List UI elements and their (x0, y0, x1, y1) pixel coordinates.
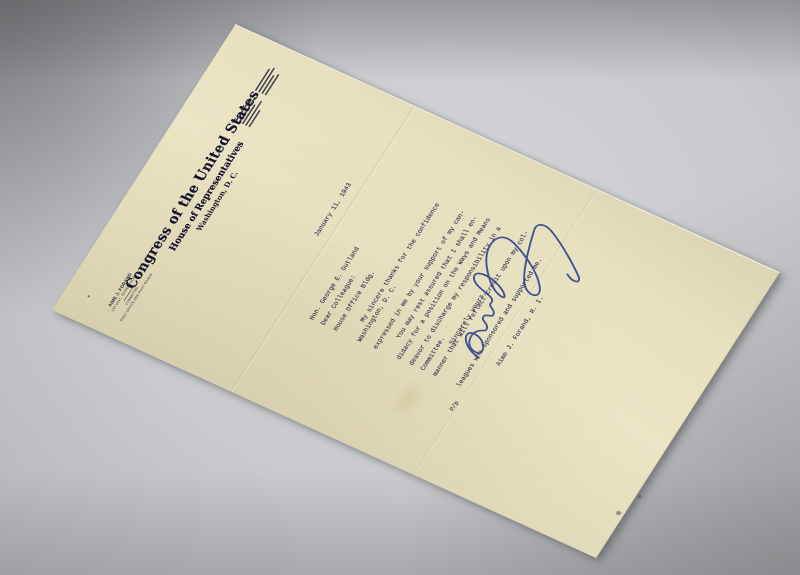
paper-stain (383, 373, 434, 425)
background-speck (616, 511, 621, 515)
letterhead-subtitle: House of Representatives (110, 51, 303, 341)
letter-sheet: AIME J. FORAND 1ST DIST., RHODE ISLAND C… (52, 24, 780, 558)
photo-background: AIME J. FORAND 1ST DIST., RHODE ISLAND C… (0, 0, 800, 575)
background-speck (638, 495, 641, 498)
letterhead-city: Washington, D. C. (122, 57, 313, 346)
letter-date: January 11, 1943 (312, 182, 353, 238)
ink-speck (87, 295, 90, 298)
reference-initials: P/p (448, 400, 460, 412)
letterhead: Congress of the United States House of R… (94, 44, 313, 345)
